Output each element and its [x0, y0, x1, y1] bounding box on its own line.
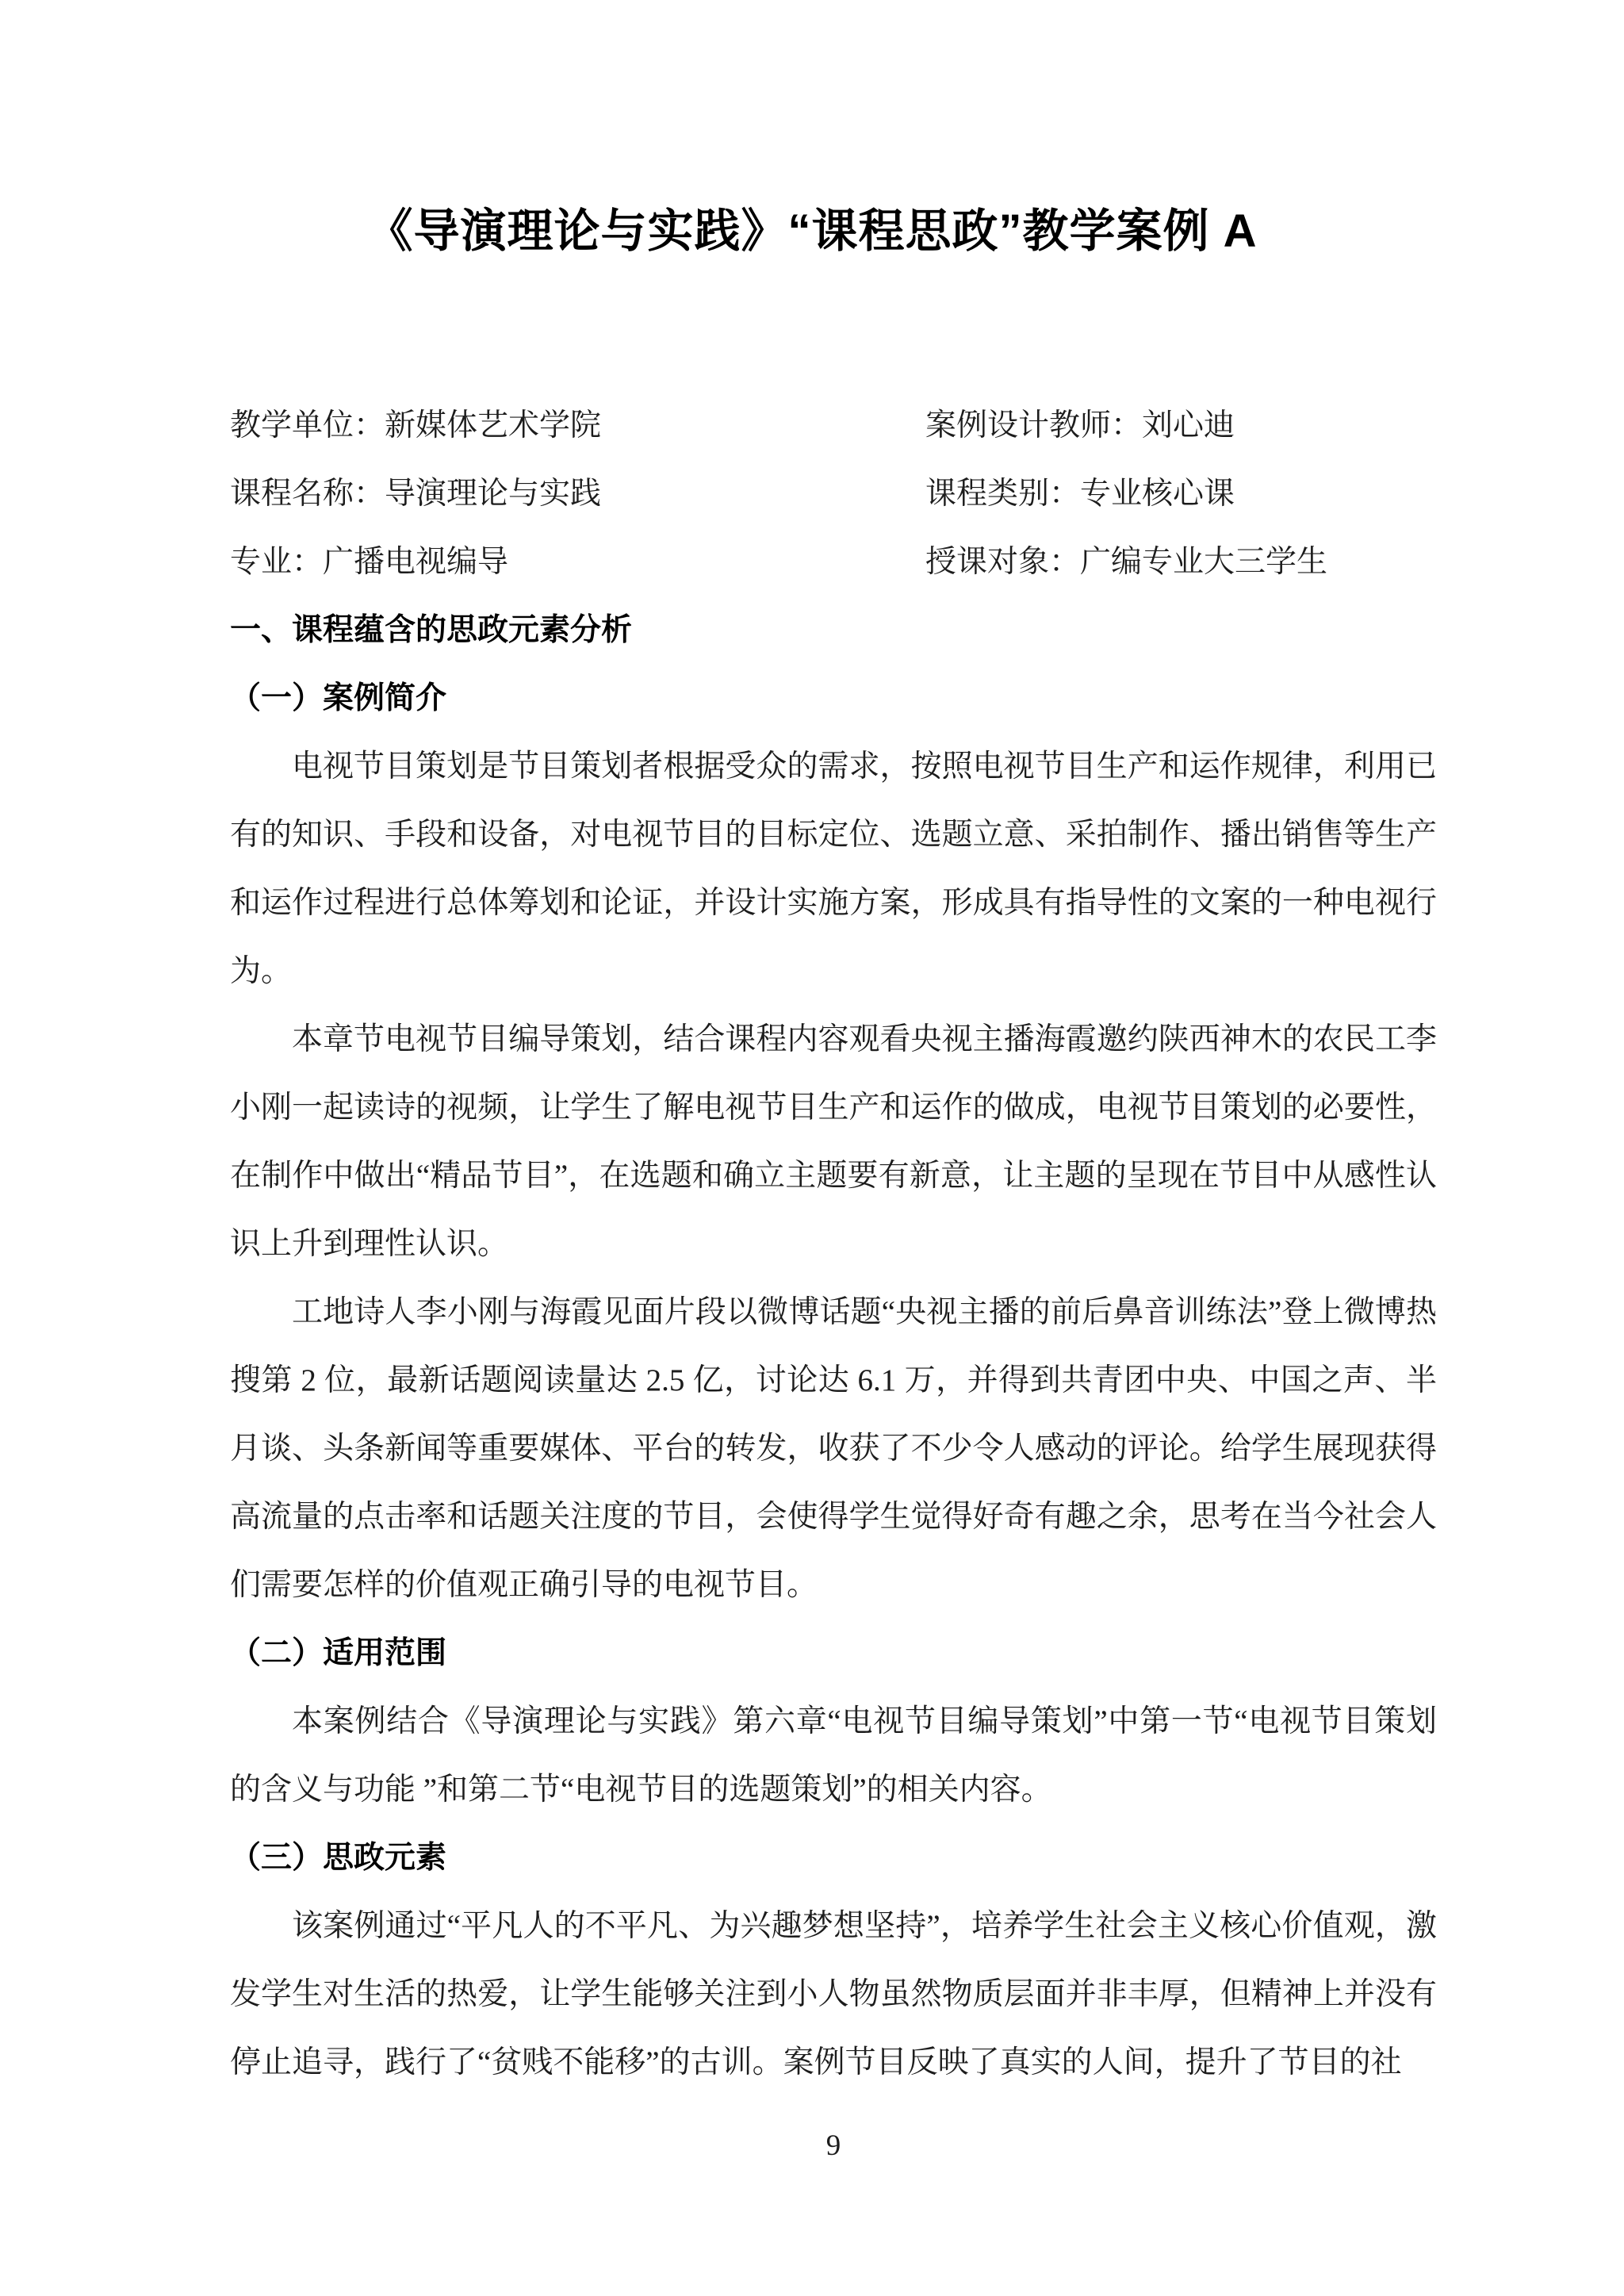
page-number: 9 — [230, 2114, 1437, 2178]
subsection-heading-1-1: （一）案例简介 — [230, 665, 1437, 733]
subsection-heading-1-2: （二）适用范围 — [230, 1619, 1437, 1688]
meta-major: 专业：广播电视编导 — [230, 528, 925, 596]
meta-case-designer: 案例设计教师：刘心迪 — [925, 392, 1437, 460]
body-paragraph: 工地诗人李小刚与海霞见面片段以微博话题“央视主播的前后鼻音训练法”登上微博热搜第… — [230, 1278, 1437, 1619]
subsection-heading-1-3: （三）思政元素 — [230, 1824, 1437, 1892]
body-paragraph: 本案例结合《导演理论与实践》第六章“电视节目编导策划”中第一节“电视节目策划的含… — [230, 1688, 1437, 1824]
meta-block: 教学单位：新媒体艺术学院 案例设计教师：刘心迪 课程名称：导演理论与实践 课程类… — [230, 392, 1437, 596]
body-paragraph: 电视节目策划是节目策划者根据受众的需求，按照电视节目生产和运作规律，利用已有的知… — [230, 733, 1437, 1006]
page-title: 《导演理论与实践》“课程思政”教学案例 A — [0, 203, 1624, 260]
document-content: 教学单位：新媒体艺术学院 案例设计教师：刘心迪 课程名称：导演理论与实践 课程类… — [230, 392, 1437, 2097]
meta-teaching-unit: 教学单位：新媒体艺术学院 — [230, 392, 925, 460]
section-heading-1: 一、课程蕴含的思政元素分析 — [230, 596, 1437, 665]
meta-course-category: 课程类别：专业核心课 — [925, 460, 1437, 528]
meta-course-name: 课程名称：导演理论与实践 — [230, 460, 925, 528]
meta-audience: 授课对象：广编专业大三学生 — [925, 528, 1437, 596]
body-paragraph: 该案例通过“平凡人的不平凡、为兴趣梦想坚持”，培养学生社会主义核心价值观，激发学… — [230, 1892, 1437, 2097]
document-page: 《导演理论与实践》“课程思政”教学案例 A 教学单位：新媒体艺术学院 案例设计教… — [0, 0, 1624, 2296]
body-paragraph: 本章节电视节目编导策划，结合课程内容观看央视主播海霞邀约陕西神木的农民工李小刚一… — [230, 1006, 1437, 1278]
